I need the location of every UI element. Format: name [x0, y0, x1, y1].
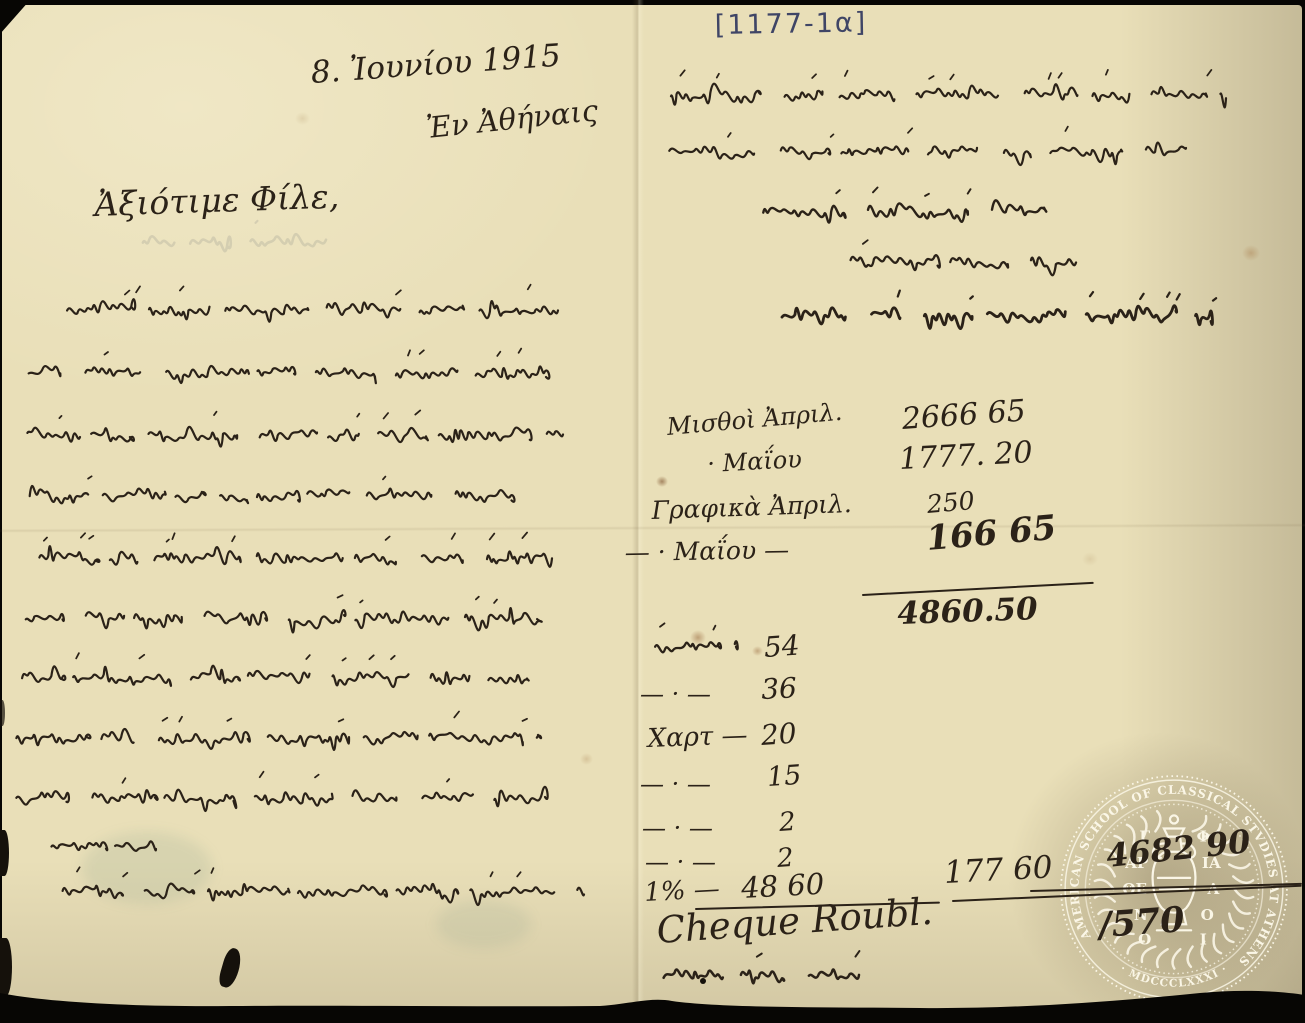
- scan-corner: [0, 0, 34, 38]
- edge-damage: [0, 700, 5, 726]
- deduction-label: 1% —: [644, 876, 721, 906]
- deduction-label: — · —: [645, 850, 716, 874]
- deduction-label: Χαρτ —: [647, 723, 748, 752]
- deductions-total: 177 60: [943, 852, 1053, 889]
- handwriting-line: [25, 345, 550, 397]
- handwriting-line: [665, 67, 1230, 119]
- handwriting-line: [45, 818, 160, 870]
- deduction-label: [648, 618, 740, 670]
- handwriting-line: [845, 234, 1080, 286]
- signature: [780, 288, 1215, 340]
- deduction-value: 54: [763, 632, 801, 662]
- svg-text:Ι: Ι: [1200, 930, 1207, 948]
- handwriting-line: [25, 468, 540, 520]
- scanned-letter: [1177-1α] 8. Ἰουνίου 1915 Ἐν Ἀθήναις Ἀξι…: [0, 0, 1305, 1023]
- handwriting-line: [16, 650, 531, 702]
- handwriting-line: [12, 710, 542, 762]
- handwriting-line: [58, 864, 588, 916]
- handwriting-line: [22, 407, 567, 459]
- scan-bottom-edge: [0, 971, 1305, 1023]
- deduction-label: — · —: [640, 682, 711, 706]
- handwriting-line: [62, 282, 562, 334]
- deduction-value: 36: [761, 674, 798, 704]
- deduction-value: 15: [766, 762, 802, 791]
- account-label: — · Μαΐου —: [625, 537, 790, 565]
- deduction-label: — · —: [642, 816, 713, 840]
- handwriting-line: [665, 124, 1190, 176]
- edge-damage: [0, 830, 9, 876]
- svg-text:Ο: Ο: [1201, 906, 1214, 924]
- handwriting-line: [758, 184, 1048, 236]
- account-value: 166 65: [925, 511, 1058, 556]
- account-label: · Μαΐου: [707, 447, 803, 476]
- center-fold: [632, 0, 644, 1023]
- handwriting-line: [20, 590, 550, 642]
- handwriting-line: [36, 530, 556, 582]
- balance-note: /570: [1098, 902, 1186, 943]
- deduction-value: 2: [778, 809, 796, 836]
- deduction-value: 20: [760, 720, 798, 750]
- catalog-number: [1177-1α]: [715, 9, 868, 39]
- account-label: Γραφικὰ Ἀπριλ.: [651, 491, 852, 523]
- account-total: 4860.50: [897, 594, 1038, 630]
- account-value: 2666 65: [901, 396, 1027, 435]
- account-value: 250: [926, 488, 976, 517]
- handwriting-line: [14, 770, 549, 822]
- handwriting-ghost: [140, 215, 330, 267]
- account-value: 1777. 20: [898, 438, 1033, 475]
- deduction-label: — · —: [640, 772, 711, 796]
